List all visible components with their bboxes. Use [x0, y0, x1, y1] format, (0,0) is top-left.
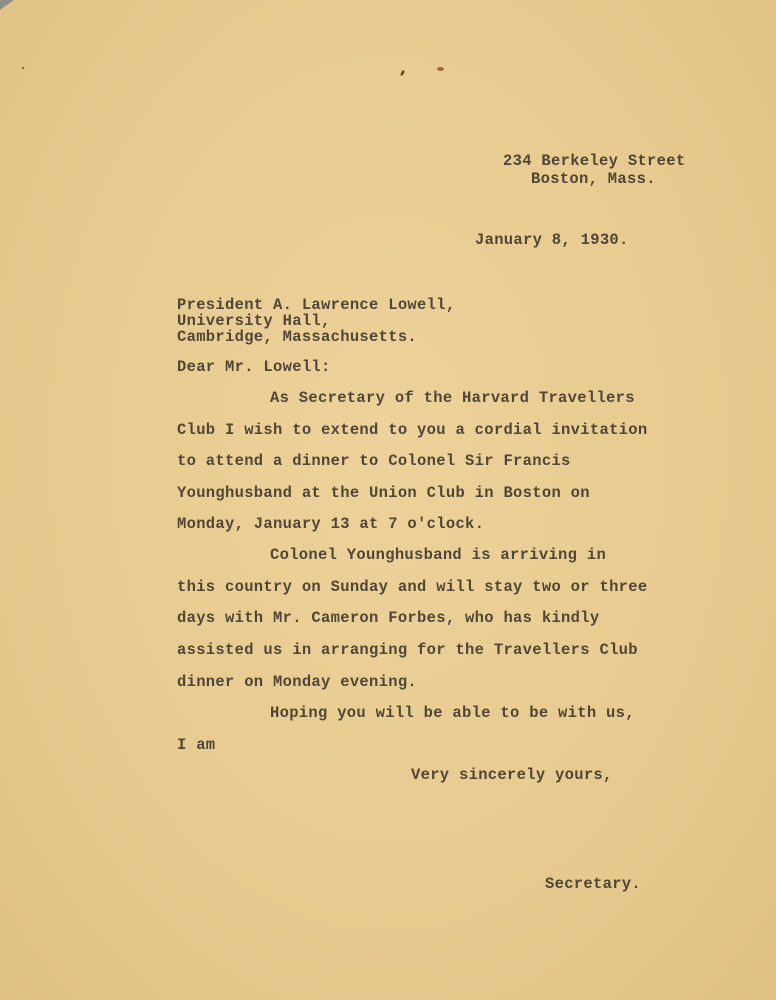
body-p3-line-1: Hoping you will be able to be with us,: [270, 704, 635, 722]
body-p2-line-3: days with Mr. Cameron Forbes, who has ki…: [177, 609, 599, 627]
ink-speck: [400, 70, 406, 77]
body-p2-line-1: Colonel Younghusband is arriving in: [270, 546, 606, 564]
page-corner-fold: [0, 0, 14, 10]
body-p1-line-2: Club I wish to extend to you a cordial i…: [177, 421, 647, 439]
body-p1-line-4: Younghusband at the Union Club in Boston…: [177, 484, 590, 502]
closing: Very sincerely yours,: [411, 766, 613, 784]
letter-date: January 8, 1930.: [475, 231, 629, 249]
recipient-line-3: Cambridge, Massachusetts.: [177, 328, 417, 346]
letterhead-street: 234 Berkeley Street: [503, 152, 685, 170]
body-p3-line-2: I am: [177, 736, 215, 754]
body-p2-line-4: assisted us in arranging for the Travell…: [177, 641, 638, 659]
body-p2-line-5: dinner on Monday evening.: [177, 673, 417, 691]
ink-speck: [22, 67, 24, 69]
body-p1-line-5: Monday, January 13 at 7 o'clock.: [177, 515, 484, 533]
letterhead-city: Boston, Mass.: [531, 170, 656, 188]
signature-title: Secretary.: [545, 875, 641, 893]
body-p2-line-2: this country on Sunday and will stay two…: [177, 578, 647, 596]
body-p1-line-1: As Secretary of the Harvard Travellers: [270, 389, 635, 407]
body-p1-line-3: to attend a dinner to Colonel Sir Franci…: [177, 452, 571, 470]
letter-page: 234 Berkeley Street Boston, Mass. Januar…: [0, 0, 776, 1000]
salutation: Dear Mr. Lowell:: [177, 358, 331, 376]
ink-speck: [437, 67, 444, 71]
